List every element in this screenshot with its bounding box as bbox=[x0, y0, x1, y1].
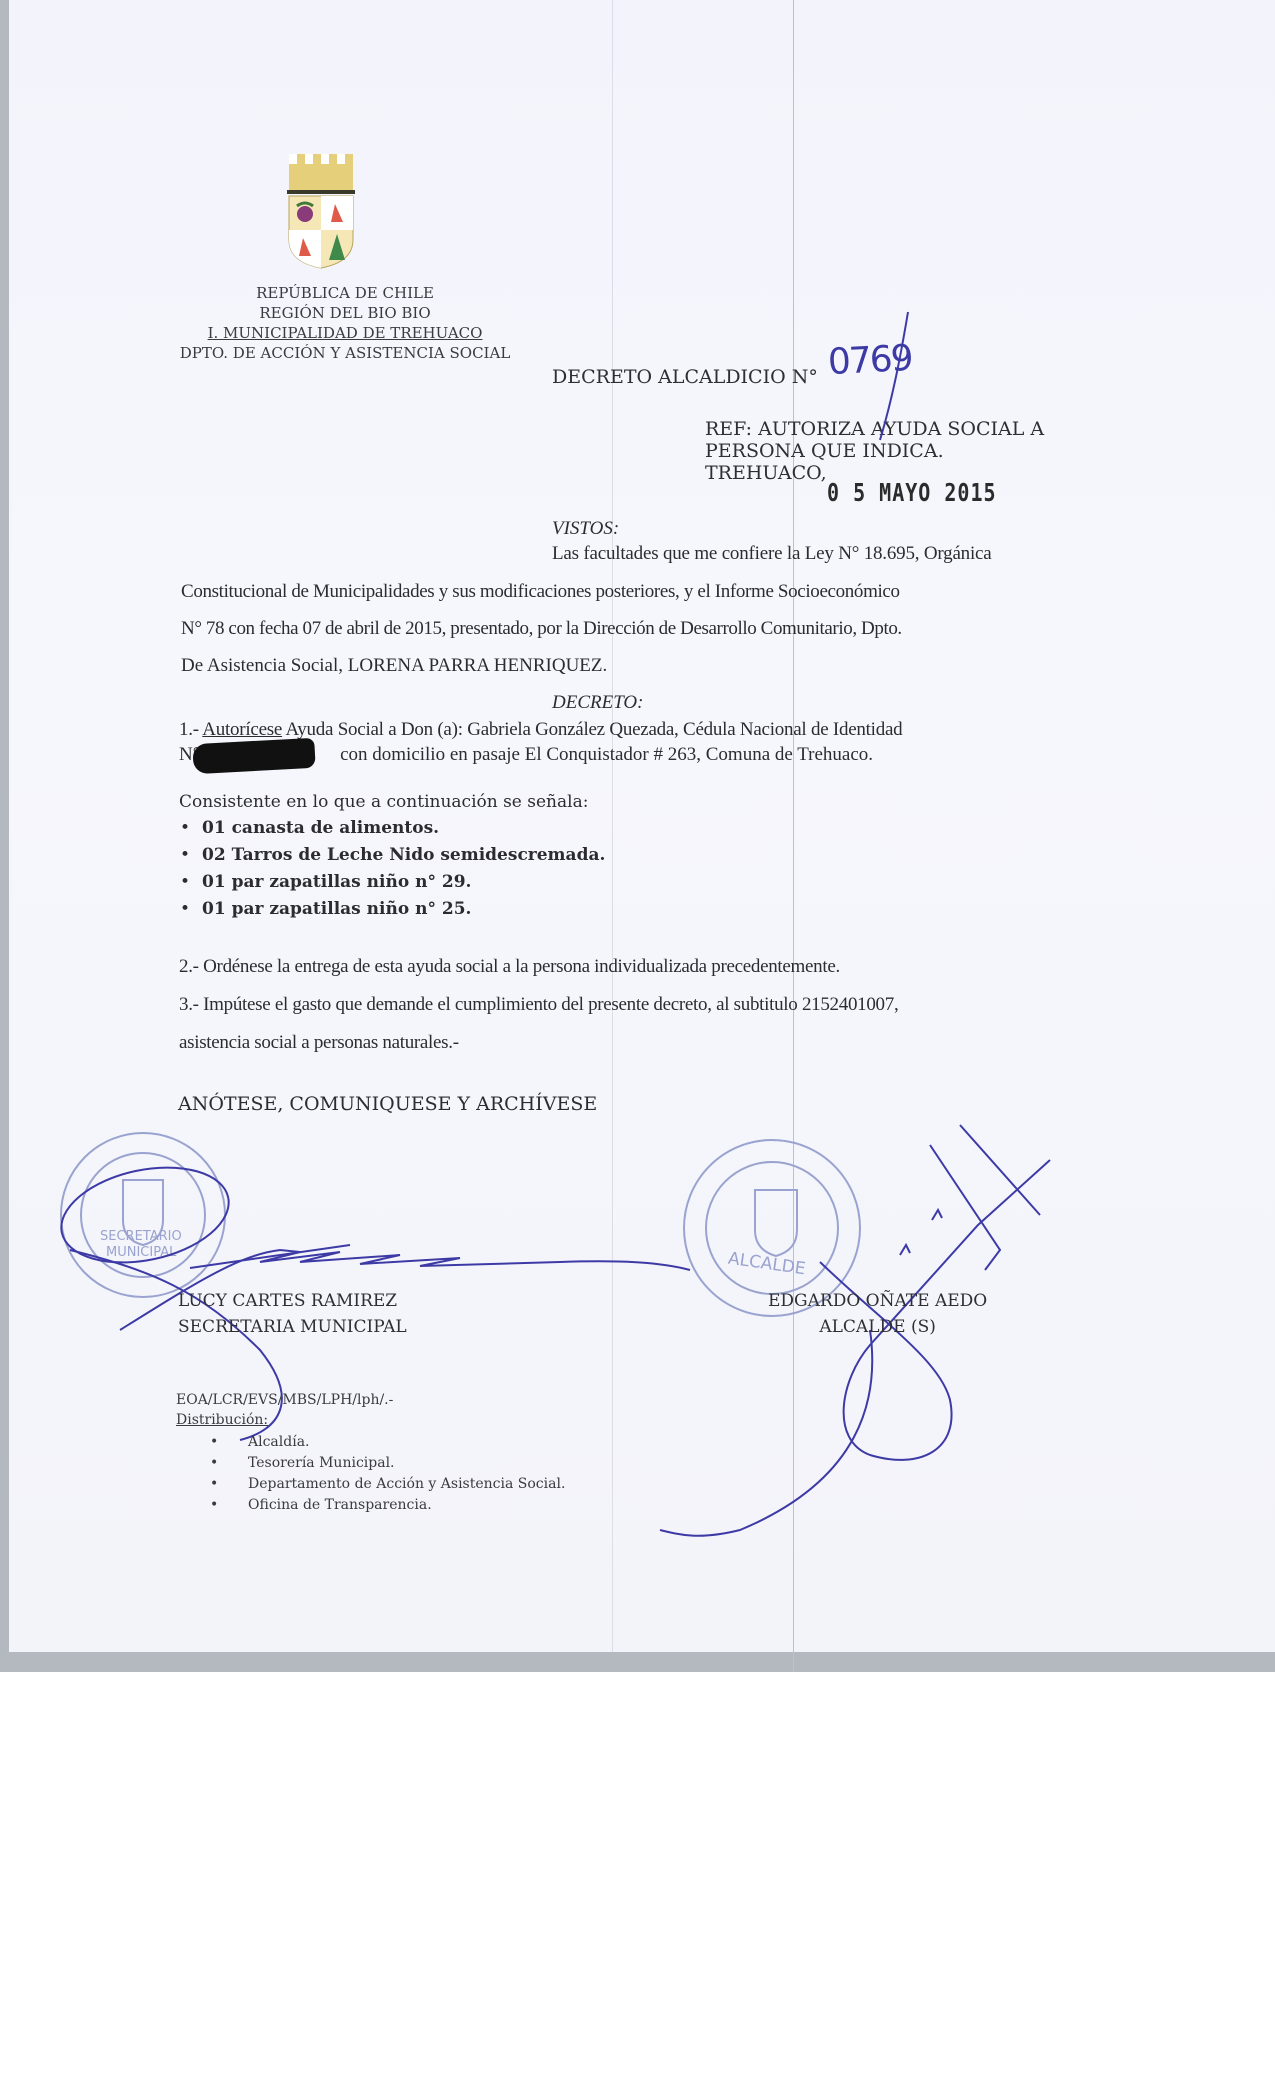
letterhead-country: REPÚBLICA DE CHILE bbox=[170, 283, 520, 303]
item-1-verb: Autorícese bbox=[202, 719, 282, 740]
reference-block: REF: AUTORIZA AYUDA SOCIAL A PERSONA QUE… bbox=[705, 418, 1044, 484]
secretary-signature-block: LUCY CARTES RAMIREZ SECRETARIA MUNICIPAL bbox=[178, 1288, 407, 1340]
aid-item: 01 par zapatillas niño n° 29. bbox=[180, 869, 605, 896]
secretary-role: SECRETARIA MUNICIPAL bbox=[178, 1314, 407, 1340]
aid-item: 02 Tarros de Leche Nido semidescremada. bbox=[180, 842, 605, 869]
scan-artifact-line-pink bbox=[793, 0, 794, 1672]
vistos-heading: VISTOS: bbox=[552, 518, 619, 540]
item-1-text: Ayuda Social a Don (a): Gabriela Gonzále… bbox=[282, 719, 902, 740]
reference-initials: EOA/LCR/EVS/MBS/LPH/lph/.- bbox=[176, 1392, 393, 1408]
decree-number-handwritten: 0769 bbox=[827, 338, 913, 383]
vistos-line-2: Constitucional de Municipalidades y sus … bbox=[181, 581, 900, 603]
decree-title: DECRETO ALCALDICIO N° bbox=[552, 366, 818, 388]
letterhead-region: REGIÓN DEL BIO BIO bbox=[170, 303, 520, 323]
distribution-item: Departamento de Acción y Asistencia Soci… bbox=[210, 1474, 565, 1495]
secretary-name: LUCY CARTES RAMIREZ bbox=[178, 1288, 407, 1314]
item-1-number: 1.- bbox=[179, 719, 202, 740]
letterhead: REPÚBLICA DE CHILE REGIÓN DEL BIO BIO I.… bbox=[170, 283, 520, 363]
distribution-item: Tesorería Municipal. bbox=[210, 1453, 565, 1474]
aid-item: 01 par zapatillas niño n° 25. bbox=[180, 896, 605, 923]
coat-of-arms-icon bbox=[285, 152, 357, 270]
mayor-name: EDGARDO OÑATE AEDO bbox=[768, 1288, 987, 1314]
aid-items-list: 01 canasta de alimentos. 02 Tarros de Le… bbox=[180, 815, 605, 923]
redacted-id-marker bbox=[192, 738, 315, 774]
date-stamp: 0 5 MAYO 2015 bbox=[827, 477, 997, 507]
decreto-heading: DECRETO: bbox=[552, 692, 643, 714]
decreto-item-3-line-1: 3.- Impútese el gasto que demande el cum… bbox=[179, 994, 898, 1016]
distribution-label: Distribución: bbox=[176, 1412, 268, 1428]
vistos-line-3: N° 78 con fecha 07 de abril de 2015, pre… bbox=[181, 618, 902, 640]
vistos-line-1: Las facultades que me confiere la Ley N°… bbox=[552, 543, 992, 565]
vistos-line-4: De Asistencia Social, LORENA PARRA HENRI… bbox=[181, 655, 607, 677]
mayor-role: ALCALDE (S) bbox=[768, 1314, 987, 1340]
ref-line-2: PERSONA QUE INDICA. bbox=[705, 440, 1044, 462]
consists-label: Consistente en lo que a continuación se … bbox=[179, 792, 588, 812]
scan-artifact-line bbox=[612, 0, 613, 1652]
letterhead-municipality: I. MUNICIPALIDAD DE TREHUACO bbox=[170, 323, 520, 343]
closing-formula: ANÓTESE, COMUNIQUESE Y ARCHÍVESE bbox=[178, 1093, 597, 1115]
decreto-item-3-line-2: asistencia social a personas naturales.- bbox=[179, 1032, 459, 1054]
letterhead-department: DPTO. DE ACCIÓN Y ASISTENCIA SOCIAL bbox=[170, 343, 520, 363]
address-text: con domicilio en pasaje El Conquistador … bbox=[335, 744, 873, 765]
distribution-item: Oficina de Transparencia. bbox=[210, 1495, 565, 1516]
distribution-list: Alcaldía. Tesorería Municipal. Departame… bbox=[210, 1432, 565, 1516]
ref-line-1: REF: AUTORIZA AYUDA SOCIAL A bbox=[705, 418, 1044, 440]
distribution-item: Alcaldía. bbox=[210, 1432, 565, 1453]
aid-item: 01 canasta de alimentos. bbox=[180, 815, 605, 842]
mayor-signature-block: EDGARDO OÑATE AEDO ALCALDE (S) bbox=[768, 1288, 987, 1340]
decreto-item-1-line-1: 1.- Autorícese Ayuda Social a Don (a): G… bbox=[179, 719, 902, 741]
decreto-item-2: 2.- Ordénese la entrega de esta ayuda so… bbox=[179, 956, 840, 978]
